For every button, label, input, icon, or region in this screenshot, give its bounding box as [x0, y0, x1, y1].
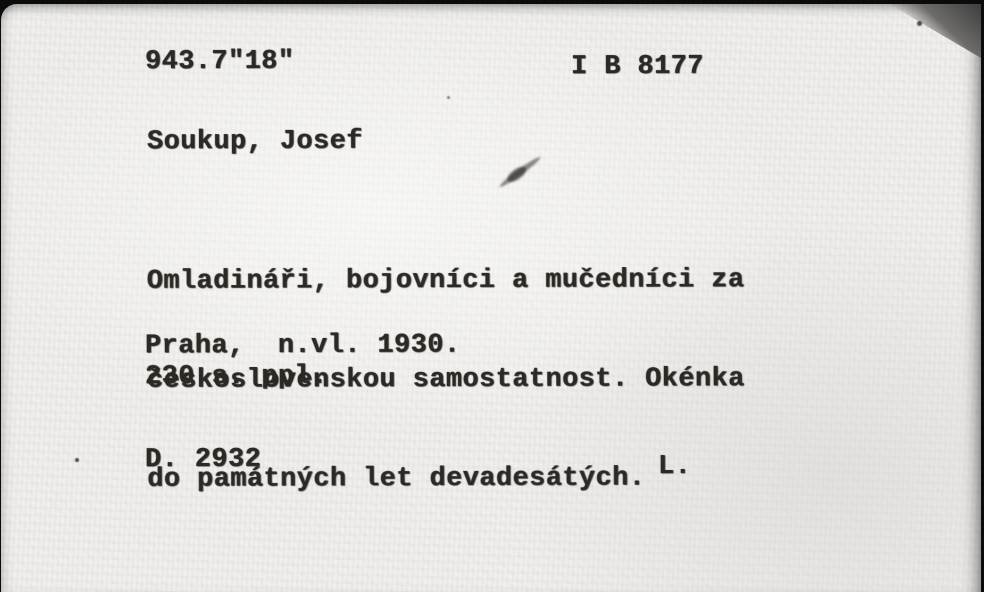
title-line-1: Omladináři, bojovníci a mučedníci za — [147, 264, 745, 299]
ink-speck — [447, 96, 450, 99]
author-heading: Soukup, Josef — [147, 126, 363, 160]
imprint-line: Praha, n.vl. 1930. — [145, 330, 461, 364]
ink-speck — [917, 21, 922, 26]
annotation-initial: L. — [658, 451, 691, 484]
collation-line: 230 s. ppl. — [145, 361, 328, 394]
accession-number: D. 2932 — [145, 444, 261, 477]
scanned-catalog-card-page: 943.7"18" I B 8177 Soukup, Josef Omladin… — [0, 0, 984, 592]
classification-number: 943.7"18" — [145, 46, 295, 79]
clipped-corner-shadow — [889, 4, 981, 58]
call-number: I B 8177 — [571, 51, 704, 84]
ink-speck — [75, 458, 79, 462]
